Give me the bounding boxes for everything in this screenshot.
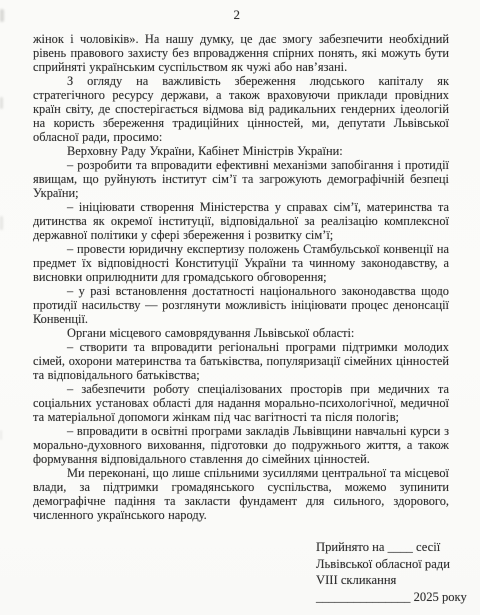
signature-line-council: Львівської обласної ради	[316, 556, 466, 573]
list-item: – провести юридичну експертизу положень …	[33, 242, 449, 284]
list-item: – забезпечити роботу спеціалізованих про…	[33, 382, 449, 424]
signature-line-date: _______________ 2025 року	[316, 589, 466, 606]
list-item: – ініціювати створення Міністерства у сп…	[33, 200, 449, 242]
list-item: – розробити та впровадити ефективні меха…	[33, 158, 449, 200]
list-item: – у разі встановлення достатності націон…	[33, 284, 449, 326]
signature-line-adopted: Прийнято на ____ сесії	[316, 539, 466, 556]
paragraph-conclusion: Ми переконані, що лише спільними зусилля…	[33, 466, 449, 522]
scan-artifact	[0, 430, 2, 440]
paragraph-addressee-heading: Верховну Раду України, Кабінет Міністрів…	[33, 144, 449, 158]
paragraph: З огляду на важливість збереження людськ…	[33, 74, 449, 144]
list-item: – впровадити в освітні програми закладів…	[33, 424, 449, 466]
scan-artifact	[0, 97, 3, 109]
paragraph-continuation: жінок і чоловіків». На нашу думку, це да…	[33, 32, 449, 74]
signature-block: Прийнято на ____ сесії Львівської обласн…	[316, 539, 466, 605]
scan-artifact	[0, 216, 3, 230]
page-number: 2	[0, 7, 474, 23]
list-item: – створити та впровадити регіональні про…	[33, 340, 449, 382]
scanned-document-page: 2 жінок і чоловіків». На нашу думку, це …	[0, 0, 480, 615]
signature-line-convocation: VIII скликання	[316, 572, 466, 589]
document-body: жінок і чоловіків». На нашу думку, це да…	[33, 32, 449, 522]
paragraph-addressee-heading: Органи місцевого самоврядування Львівськ…	[33, 326, 449, 340]
